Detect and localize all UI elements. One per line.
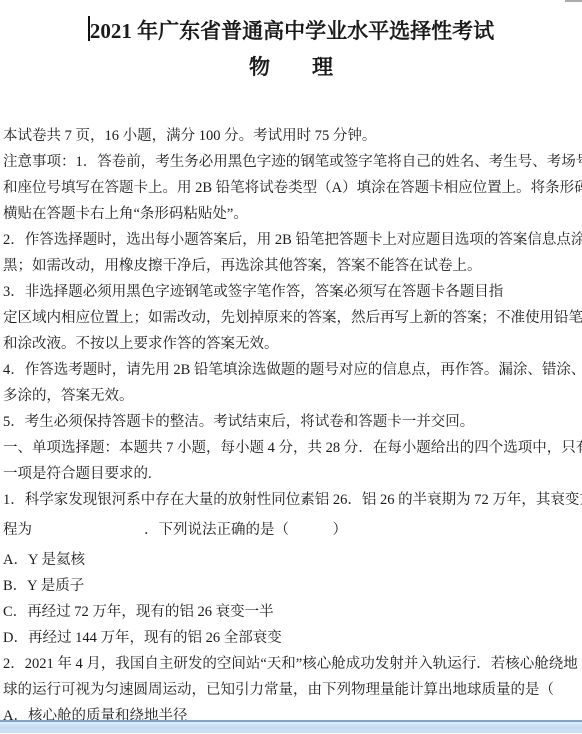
scrollbar-fragment [565,0,582,2]
exam-subject: 物 理 [0,53,582,81]
question-1-option-d: D．再经过 144 万年，现有的铝 26 全部衰变 [3,625,580,651]
notice-line-6: 3．非选择题必须用黑色字迹钢笔或签字笔作答，答案必须写在答题卡各题目指 [3,279,580,305]
question-1-stem-prefix: 程为 [3,522,32,538]
exam-title-text: 2021 年广东省普通高中学业水平选择性考试 [90,19,494,43]
notice-line-5: 黑；如需改动，用橡皮擦干净后，再选涂其他答案，答案不能答在试卷上。 [3,253,580,279]
notice-line-11: 5．考生必须保持答题卡的整洁。考试结束后，将试卷和答题卡一并交回。 [3,409,580,435]
notice-line-1: 注意事项：1．答卷前，考生务必用黑色字迹的钢笔或签字笔将自己的姓名、考生号、考场… [3,149,580,175]
notice-line-8: 和涂改液。不按以上要求作答的答案无效。 [3,331,580,357]
section-1-header: 一、单项选择题：本题共 7 小题，每小题 4 分，共 28 分．在每小题给出的四… [3,435,580,461]
equation-blank-space [32,533,144,534]
section-1-header-cont: 一项是符合题目要求的. [3,461,580,487]
notice-line-4: 2．作答选择题时，选出每小题答案后，用 2B 铅笔把答题卡上对应题目选项的答案信… [3,227,580,253]
question-1-equation-line: 程为．下列说法正确的是（ ） [3,513,580,547]
notice-line-10: 多涂的，答案无效。 [3,383,580,409]
question-1-option-a: A．Y 是氦核 [3,547,580,573]
status-bar-edge [0,720,582,734]
question-2-stem-cont: 球的运行可视为匀速圆周运动，已知引力常量，由下列物理量能计算出地球质量的是（ ） [3,677,580,703]
notice-line-2: 和座位号填写在答题卡上。用 2B 铅笔将试卷类型（A）填涂在答题卡相应位置上。将… [3,175,580,201]
notice-line-7: 定区域内相应位置上；如需改动，先划掉原来的答案，然后再写上新的答案；不准使用铅笔 [3,305,580,331]
question-1-option-c: C．再经过 72 万年，现有的铝 26 衰变一半 [3,599,580,625]
question-1-stem-suffix: ．下列说法正确的是（ ） [144,522,347,538]
question-2-stem: 2．2021 年 4 月，我国自主研发的空间站“天和”核心舱成功发射并入轨运行．… [3,651,580,677]
exam-paper-page: 2021 年广东省普通高中学业水平选择性考试 物 理 本试卷共 7 页，16 小… [0,0,582,734]
notice-line-3: 横贴在答题卡右上角“条形码粘贴处”。 [3,201,580,227]
exam-title: 2021 年广东省普通高中学业水平选择性考试 [0,16,582,45]
notice-line-9: 4．作答选考题时，请先用 2B 铅笔填涂选做题的题号对应的信息点，再作答。漏涂、… [3,357,580,383]
document-body: 本试卷共 7 页，16 小题，满分 100 分。考试用时 75 分钟。 注意事项… [0,123,582,729]
question-1-stem: 1．科学家发现银河系中存在大量的放射性同位素铝 26．铝 26 的半衰期为 72… [3,487,580,513]
question-1-option-b: B．Y 是质子 [3,573,580,599]
exam-info-line: 本试卷共 7 页，16 小题，满分 100 分。考试用时 75 分钟。 [3,123,580,149]
